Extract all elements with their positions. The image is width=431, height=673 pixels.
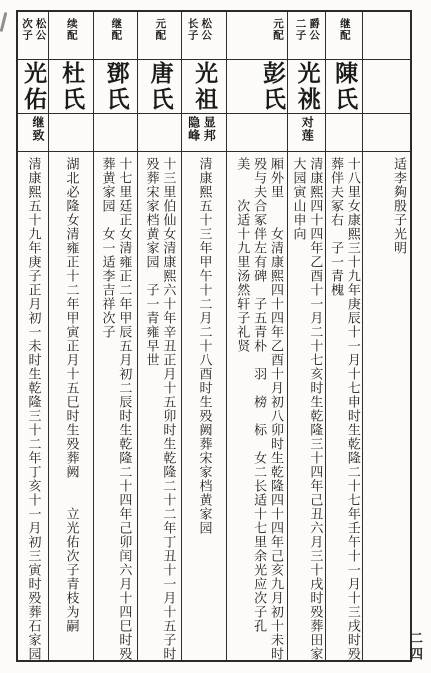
- col-c6-header-cell: 元配: [227, 12, 287, 60]
- col-c7-sub-text: 对莲: [299, 116, 315, 142]
- col-c9-name-cell: [363, 60, 410, 114]
- col-c1-header-line: 次子: [19, 18, 33, 41]
- col-c6-name-text: 彭氏: [260, 61, 284, 113]
- col-c3-sub-cell: [94, 114, 137, 152]
- col-c2-body-cell: 湖北必隆女清雍正十二年甲寅正月十五巳时生殁葬阙 立光佑次子青枝为嗣: [49, 152, 93, 660]
- col-c5-sub-line: 显邦: [201, 116, 217, 142]
- col-c4-body-line: 殁葬宋家档黄家园 子一青雍早世: [143, 157, 160, 660]
- col-c6-name-cell: 彭氏: [227, 60, 287, 114]
- col-c8-sub-cell: [326, 114, 362, 152]
- col-c5-body-cell: 清康熙五十三年甲午十二月二十八酉时生殁阙葬宋家档黄家园: [182, 152, 226, 660]
- col-c7-sub-line: 对莲: [299, 116, 315, 142]
- col-c1-name-line: 光佑: [21, 61, 45, 113]
- page-number: 二四: [406, 631, 425, 663]
- col-c6-header-line: 元配: [270, 18, 284, 41]
- col-c5-header-line: 长子: [185, 18, 199, 41]
- col-c5-name-line: 光祖: [192, 61, 216, 113]
- col-c7-header-cell: 爵公二子: [288, 12, 325, 60]
- col-c4-header-text: 元配: [153, 18, 167, 41]
- col-c1-sub-cell: 继致: [18, 114, 48, 152]
- col-c1-name-cell: 光佑: [18, 60, 48, 114]
- column-c9: 适李夠殷子光明: [363, 12, 410, 660]
- column-c4: 元配唐氏十三里伯仙女清康熙六十年辛丑正月十五卯时生乾隆二十二年丁丑十一月十五子时…: [138, 12, 182, 660]
- col-c7-name-cell: 光祧: [288, 60, 325, 114]
- col-c4-body-text: 十三里伯仙女清康熙六十年辛丑正月十五卯时生乾隆二十二年丁丑十一月十五子时殁葬宋家…: [143, 152, 177, 660]
- col-c2-name-cell: 杜氏: [49, 60, 93, 114]
- col-c4-header-line: 元配: [153, 18, 167, 41]
- col-c4-body-line: 十三里伯仙女清康熙六十年辛丑正月十五卯时生乾隆二十二年丁丑十一月十五子时: [160, 157, 177, 660]
- col-c6-body-line: 厢外里 女清康熙四十四年乙酉十月初八卯时生乾隆四十四年己亥九月初十未时: [267, 157, 284, 660]
- col-c2-header-cell: 续配: [49, 12, 93, 60]
- col-c7-sub-cell: 对莲: [288, 114, 325, 152]
- col-c5-sub-cell: 显邦隐峰: [182, 114, 226, 152]
- col-c6-body-line: 美 次适十九里汤然轩子礼贤: [233, 157, 250, 660]
- col-c9-header-cell: [363, 12, 410, 60]
- col-c1-name-text: 光佑: [21, 61, 45, 113]
- col-c7-name-line: 光祧: [294, 61, 318, 113]
- col-c7-header-line: 二子: [293, 18, 307, 41]
- col-c7-header-line: 爵公: [307, 18, 321, 41]
- col-c4-sub-cell: [138, 114, 181, 152]
- col-c7-body-cell: 清康熙四十四年乙酉十一月二十七亥时生乾隆三十四年己丑六月三十戌时殁葬田家大园寅山…: [288, 152, 325, 660]
- col-c3-body-line: 十七里廷正女清雍正二年甲辰五月初二辰时生乾隆二十四年己卯闰六月十四巳时殁: [116, 157, 133, 660]
- col-c3-body-line: 葬黄家园 女一适李吉祥次子: [99, 157, 116, 660]
- col-c6-header-text: 元配: [270, 18, 284, 41]
- col-c7-name-text: 光祧: [294, 61, 318, 113]
- col-c3-body-cell: 十七里廷正女清雍正二年甲辰五月初二辰时生乾隆二十四年己卯闰六月十四巳时殁葬黄家园…: [94, 152, 137, 660]
- col-c8-header-cell: 继配: [326, 12, 362, 60]
- col-c5-header-cell: 松公长子: [182, 12, 226, 60]
- col-c2-sub-cell: [49, 114, 93, 152]
- col-c5-sub-text: 显邦隐峰: [185, 116, 216, 142]
- column-c8: 继配陳氏十八里女康熙三十九年庚辰十一月十七申时生乾隆二十七年壬午十一月十三戌时殁…: [326, 12, 363, 660]
- col-c1-sub-line: 继致: [29, 116, 45, 142]
- col-c6-name-line: 彭氏: [260, 61, 284, 113]
- col-c5-header-text: 松公长子: [185, 18, 212, 41]
- col-c1-body-text: 清康熙五十九年庚子正月初一未时生乾隆三十二年丁亥十一月初三寅时殁葬石家园: [25, 152, 42, 660]
- col-c3-header-line: 继配: [109, 18, 123, 41]
- col-c6-sub-cell: [227, 114, 287, 152]
- col-c7-body-line: 清康熙四十四年乙酉十一月二十七亥时生乾隆三十四年己丑六月三十戌时殁葬田家: [307, 157, 324, 660]
- col-c1-body-line: 清康熙五十九年庚子正月初一未时生乾隆三十二年丁亥十一月初三寅时殁葬石家园: [25, 157, 42, 660]
- col-c4-name-line: 唐氏: [147, 61, 171, 113]
- col-c5-body-text: 清康熙五十三年甲午十二月二十八酉时生殁阙葬宋家档黄家园: [196, 152, 213, 535]
- column-c6: 元配彭氏厢外里 女清康熙四十四年乙酉十月初八卯时生乾隆四十四年己亥九月初十未时殁…: [227, 12, 288, 660]
- col-c2-header-line: 续配: [64, 18, 78, 41]
- col-c4-header-cell: 元配: [138, 12, 181, 60]
- col-c2-body-text: 湖北必隆女清雍正十二年甲寅正月十五巳时生殁葬阙 立光佑次子青枝为嗣: [63, 152, 80, 633]
- col-c5-name-text: 光祖: [192, 61, 216, 113]
- col-c4-body-cell: 十三里伯仙女清康熙六十年辛丑正月十五卯时生乾隆二十二年丁丑十一月十五子时殁葬宋家…: [138, 152, 181, 660]
- column-c1: 松公次子光佑继致清康熙五十九年庚子正月初一未时生乾隆三十二年丁亥十一月初三寅时殁…: [18, 12, 49, 660]
- col-c8-body-text: 十八里女康熙三十九年庚辰十一月十七申时生乾隆二十七年壬午十一月十三戌时殁葬伴夫冢…: [327, 152, 361, 660]
- col-c8-header-line: 继配: [337, 18, 351, 41]
- col-c1-sub-text: 继致: [29, 116, 45, 142]
- col-c1-body-cell: 清康熙五十九年庚子正月初一未时生乾隆三十二年丁亥十一月初三寅时殁葬石家园: [18, 152, 48, 660]
- col-c5-body-line: 清康熙五十三年甲午十二月二十八酉时生殁阙葬宋家档黄家园: [196, 157, 213, 535]
- col-c9-body-cell: 适李夠殷子光明: [363, 152, 410, 660]
- col-c3-body-text: 十七里廷正女清雍正二年甲辰五月初二辰时生乾隆二十四年己卯闰六月十四巳时殁葬黄家园…: [99, 152, 133, 660]
- col-c8-header-text: 继配: [337, 18, 351, 41]
- col-c5-header-line: 松公: [199, 18, 213, 41]
- col-c8-body-line: 葬伴夫冢右 子一青槐: [327, 157, 344, 660]
- col-c3-header-cell: 继配: [94, 12, 137, 60]
- scan-edge-artifact: [0, 12, 7, 32]
- column-c2: 续配杜氏湖北必隆女清雍正十二年甲寅正月十五巳时生殁葬阙 立光佑次子青枝为嗣: [49, 12, 94, 660]
- col-c1-header-text: 松公次子: [19, 18, 46, 41]
- col-c6-body-cell: 厢外里 女清康熙四十四年乙酉十月初八卯时生乾隆四十四年己亥九月初十未时殁与夫合冢…: [227, 152, 287, 660]
- col-c7-body-line: 大园寅山申向: [290, 157, 307, 660]
- col-c8-body-line: 十八里女康熙三十九年庚辰十一月十七申时生乾隆二十七年壬午十一月十三戌时殁: [344, 157, 361, 660]
- col-c3-name-text: 鄧氏: [103, 61, 127, 113]
- col-c2-body-line: 湖北必隆女清雍正十二年甲寅正月十五巳时生殁葬阙 立光佑次子青枝为嗣: [63, 157, 80, 633]
- col-c7-header-text: 爵公二子: [293, 18, 320, 41]
- col-c8-name-line: 陳氏: [332, 61, 356, 113]
- genealogy-page: 松公次子光佑继致清康熙五十九年庚子正月初一未时生乾隆三十二年丁亥十一月初三寅时殁…: [0, 0, 431, 673]
- col-c8-body-cell: 十八里女康熙三十九年庚辰十一月十七申时生乾隆二十七年壬午十一月十三戌时殁葬伴夫冢…: [326, 152, 362, 660]
- col-c2-header-text: 续配: [64, 18, 78, 41]
- col-c5-sub-line: 隐峰: [185, 116, 201, 142]
- col-c8-name-text: 陳氏: [332, 61, 356, 113]
- column-c3: 继配鄧氏十七里廷正女清雍正二年甲辰五月初二辰时生乾隆二十四年己卯闰六月十四巳时殁…: [94, 12, 138, 660]
- col-c2-name-text: 杜氏: [59, 61, 83, 113]
- col-c9-body-text: 适李夠殷子光明: [390, 152, 407, 255]
- col-c1-header-cell: 松公次子: [18, 12, 48, 60]
- col-c5-name-cell: 光祖: [182, 60, 226, 114]
- col-c4-name-cell: 唐氏: [138, 60, 181, 114]
- col-c6-body-text: 厢外里 女清康熙四十四年乙酉十月初八卯时生乾隆四十四年己亥九月初十未时殁与夫合冢…: [233, 152, 284, 660]
- col-c9-sub-cell: [363, 114, 410, 152]
- col-c2-name-line: 杜氏: [59, 61, 83, 113]
- col-c9-body-line: 适李夠殷子光明: [390, 157, 407, 255]
- col-c7-body-text: 清康熙四十四年乙酉十一月二十七亥时生乾隆三十四年己丑六月三十戌时殁葬田家大园寅山…: [290, 152, 324, 660]
- col-c3-header-text: 继配: [109, 18, 123, 41]
- col-c3-name-cell: 鄧氏: [94, 60, 137, 114]
- col-c1-header-line: 松公: [33, 18, 47, 41]
- col-c3-name-line: 鄧氏: [103, 61, 127, 113]
- col-c8-name-cell: 陳氏: [326, 60, 362, 114]
- genealogy-table: 松公次子光佑继致清康熙五十九年庚子正月初一未时生乾隆三十二年丁亥十一月初三寅时殁…: [16, 10, 412, 662]
- col-c4-name-text: 唐氏: [147, 61, 171, 113]
- col-c6-body-line: 殁与夫合冢伴左有碑 子五青朴 羽 榜 标 女二长适十七里余光应次子孔: [250, 157, 267, 660]
- column-c5: 松公长子光祖显邦隐峰清康熙五十三年甲午十二月二十八酉时生殁阙葬宋家档黄家园: [182, 12, 227, 660]
- column-c7: 爵公二子光祧对莲清康熙四十四年乙酉十一月二十七亥时生乾隆三十四年己丑六月三十戌时…: [288, 12, 326, 660]
